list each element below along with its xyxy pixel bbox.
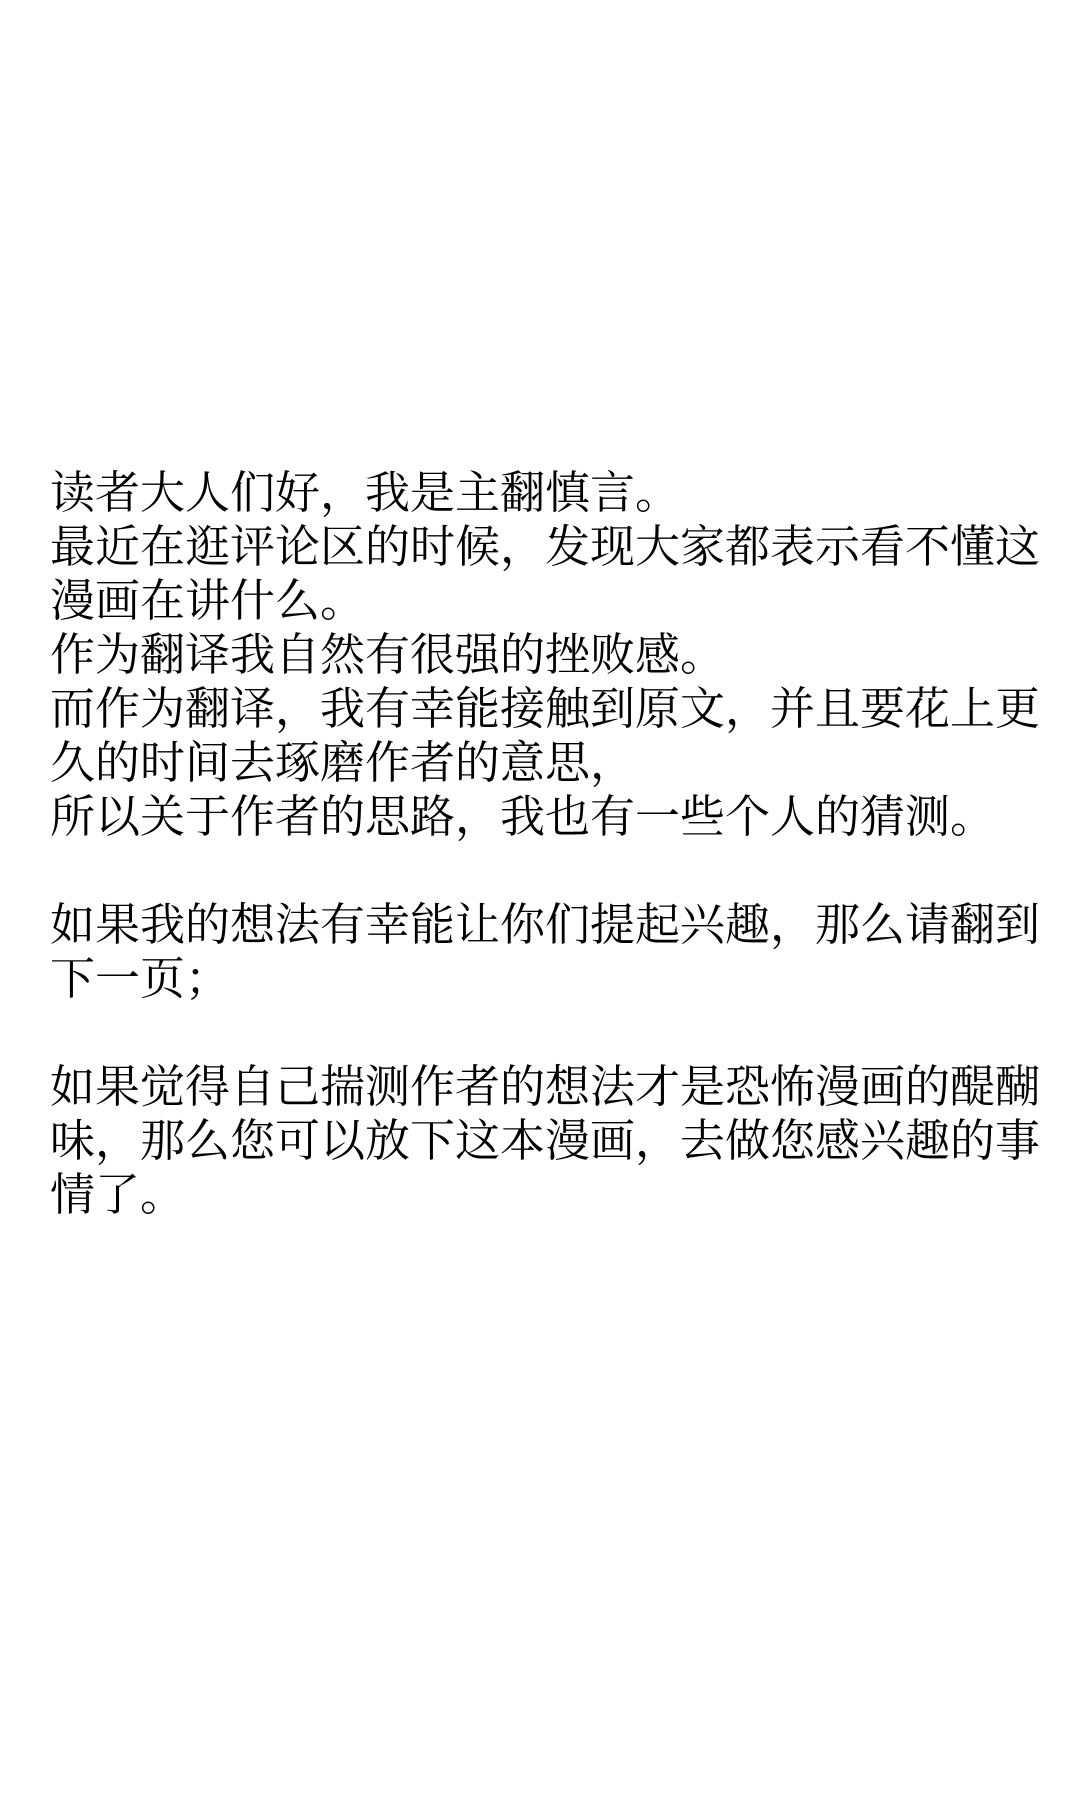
text-line: 作为翻译我自然有很强的挫败感。 bbox=[50, 628, 1050, 682]
translator-note: 读者大人们好，我是主翻慎言。 最近在逛评论区的时候，发现大家都表示看不懂这 漫画… bbox=[50, 466, 1050, 1222]
text-line: 下一页； bbox=[50, 952, 1050, 1006]
text-line: 最近在逛评论区的时候，发现大家都表示看不懂这 bbox=[50, 520, 1050, 574]
text-line: 如果我的想法有幸能让你们提起兴趣，那么请翻到 bbox=[50, 898, 1050, 952]
text-line: 所以关于作者的思路，我也有一些个人的猜测。 bbox=[50, 790, 1050, 844]
text-line: 而作为翻译，我有幸能接触到原文，并且要花上更 bbox=[50, 682, 1050, 736]
paragraph-spacer bbox=[50, 844, 1050, 898]
text-line: 漫画在讲什么。 bbox=[50, 574, 1050, 628]
text-line: 情了。 bbox=[50, 1168, 1050, 1222]
paragraph-spacer bbox=[50, 1006, 1050, 1060]
text-line: 读者大人们好，我是主翻慎言。 bbox=[50, 466, 1050, 520]
text-line: 如果觉得自己揣测作者的想法才是恐怖漫画的醍醐 bbox=[50, 1060, 1050, 1114]
text-line: 久的时间去琢磨作者的意思， bbox=[50, 736, 1050, 790]
text-line: 味，那么您可以放下这本漫画，去做您感兴趣的事 bbox=[50, 1114, 1050, 1168]
